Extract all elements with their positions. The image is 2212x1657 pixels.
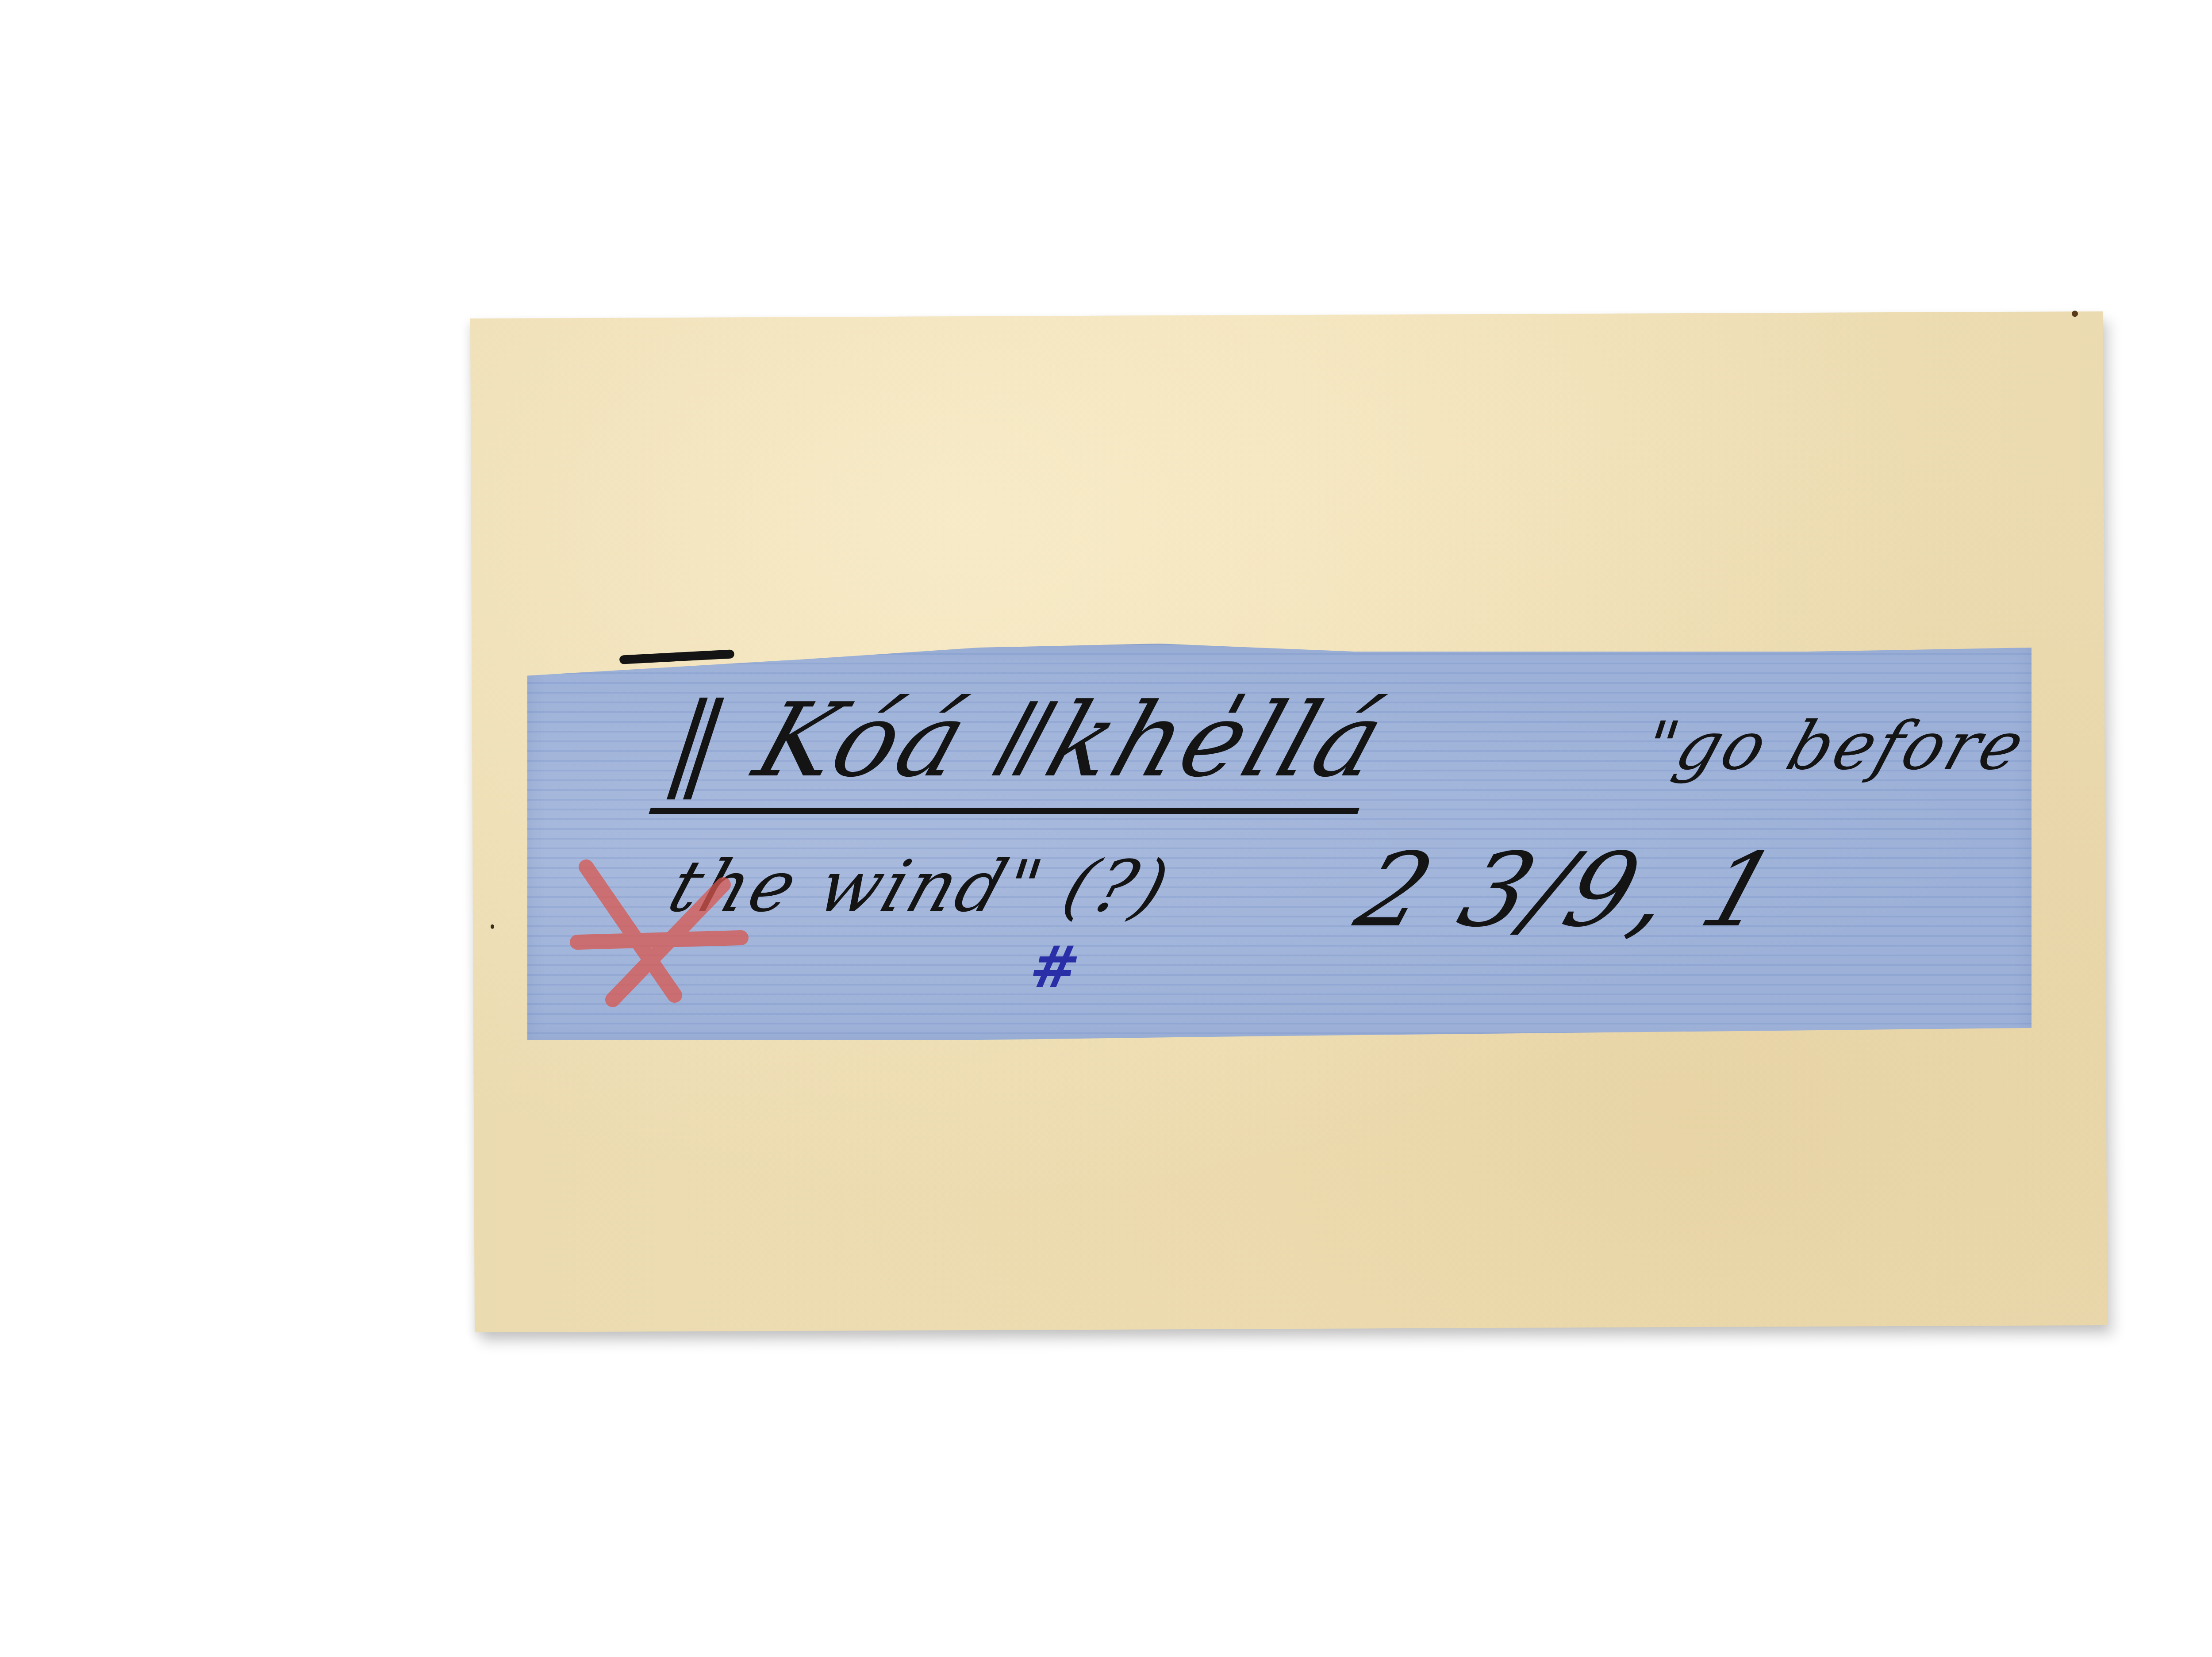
red-asterisk-icon bbox=[564, 854, 750, 1013]
ink-speck bbox=[2072, 311, 2078, 317]
xam-word-line: ‖ Kóá ǁkhe̍llá bbox=[656, 690, 1398, 792]
translation-part-1: "go before bbox=[1633, 708, 2036, 785]
reference-numbers: 2 3/9, 1 bbox=[1344, 832, 1793, 950]
xam-word-underlined: ‖ Kóá ǁkhe̍llá bbox=[649, 682, 1400, 814]
ink-speck bbox=[491, 924, 494, 929]
